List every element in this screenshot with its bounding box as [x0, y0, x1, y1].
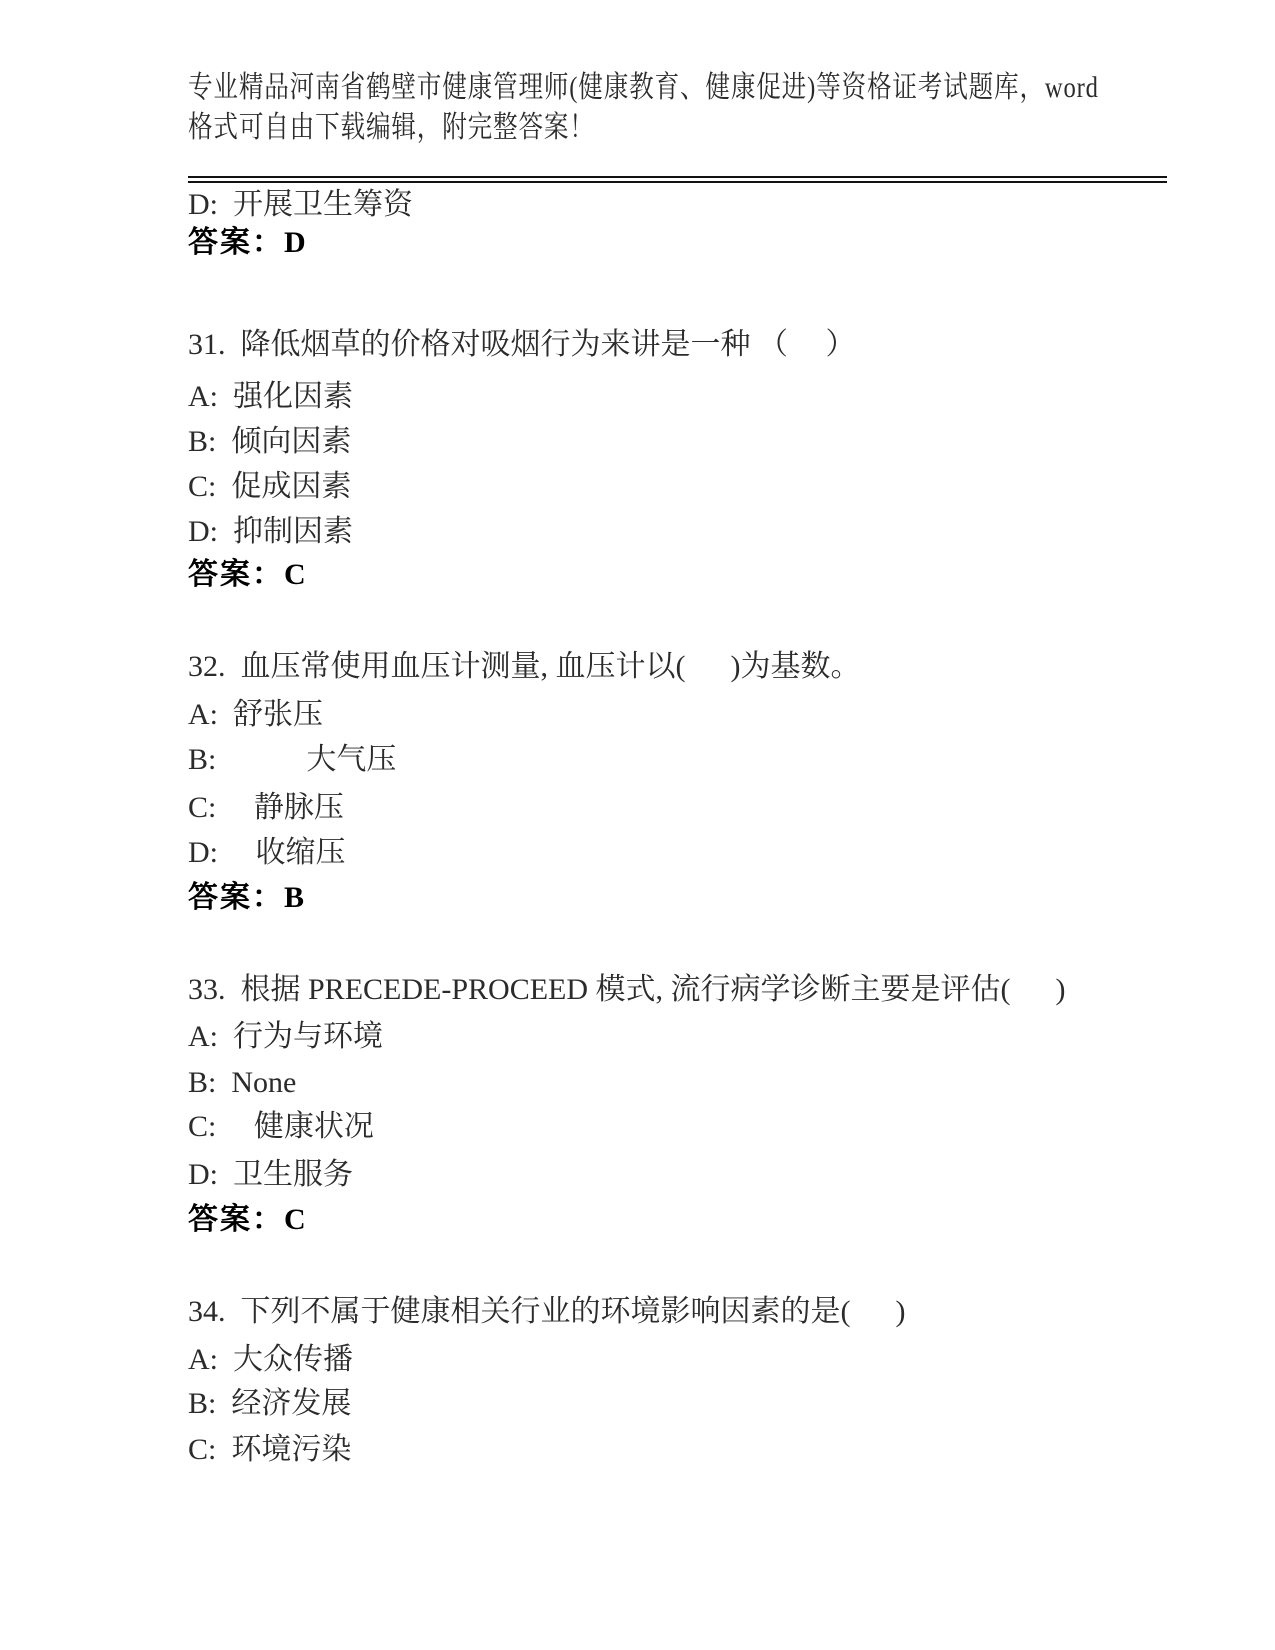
- q30-answer: 答案：D: [188, 223, 308, 263]
- q33-option-a: A: 行为与环境: [188, 1017, 383, 1057]
- q31-stem: 31. 降低烟草的价格对吸烟行为来讲是一种 （ ）: [188, 325, 856, 365]
- q32-option-b: B: 大气压: [188, 740, 396, 780]
- header-divider: [188, 176, 1167, 183]
- q32-option-d: D: 收缩压: [188, 833, 346, 873]
- header-line-1: 专业精品河南省鹤壁市健康管理师(健康教育、健康促进)等资格证考试题库，word: [188, 68, 1099, 108]
- q33-answer: 答案：C: [188, 1200, 308, 1240]
- q33-option-c: C: 健康状况: [188, 1107, 374, 1147]
- q32-option-c: C: 静脉压: [188, 788, 344, 828]
- document-page: 专业精品河南省鹤壁市健康管理师(健康教育、健康促进)等资格证考试题库，word …: [0, 0, 1275, 1650]
- q31-option-a: A: 强化因素: [188, 377, 353, 417]
- q31-option-c: C: 促成因素: [188, 467, 351, 507]
- q34-option-b: B: 经济发展: [188, 1384, 351, 1424]
- q31-answer: 答案：C: [188, 555, 308, 595]
- q34-option-c: C: 环境污染: [188, 1430, 351, 1470]
- q31-option-b: B: 倾向因素: [188, 422, 351, 462]
- q32-option-a: A: 舒张压: [188, 695, 323, 735]
- q34-option-a: A: 大众传播: [188, 1340, 353, 1380]
- q33-stem: 33. 根据 PRECEDE-PROCEED 模式, 流行病学诊断主要是评估( …: [188, 970, 1066, 1010]
- q32-answer: 答案：B: [188, 878, 306, 918]
- q33-option-d: D: 卫生服务: [188, 1155, 353, 1195]
- q31-option-d: D: 抑制因素: [188, 512, 353, 552]
- header-line-2: 格式可自由下载编辑，附完整答案！: [188, 108, 595, 148]
- q34-stem: 34. 下列不属于健康相关行业的环境影响因素的是( ): [188, 1292, 905, 1332]
- q30-option-d: D: 开展卫生筹资: [188, 185, 413, 225]
- q33-option-b: B: None: [188, 1063, 296, 1103]
- q32-stem: 32. 血压常使用血压计测量, 血压计以( )为基数。: [188, 647, 860, 687]
